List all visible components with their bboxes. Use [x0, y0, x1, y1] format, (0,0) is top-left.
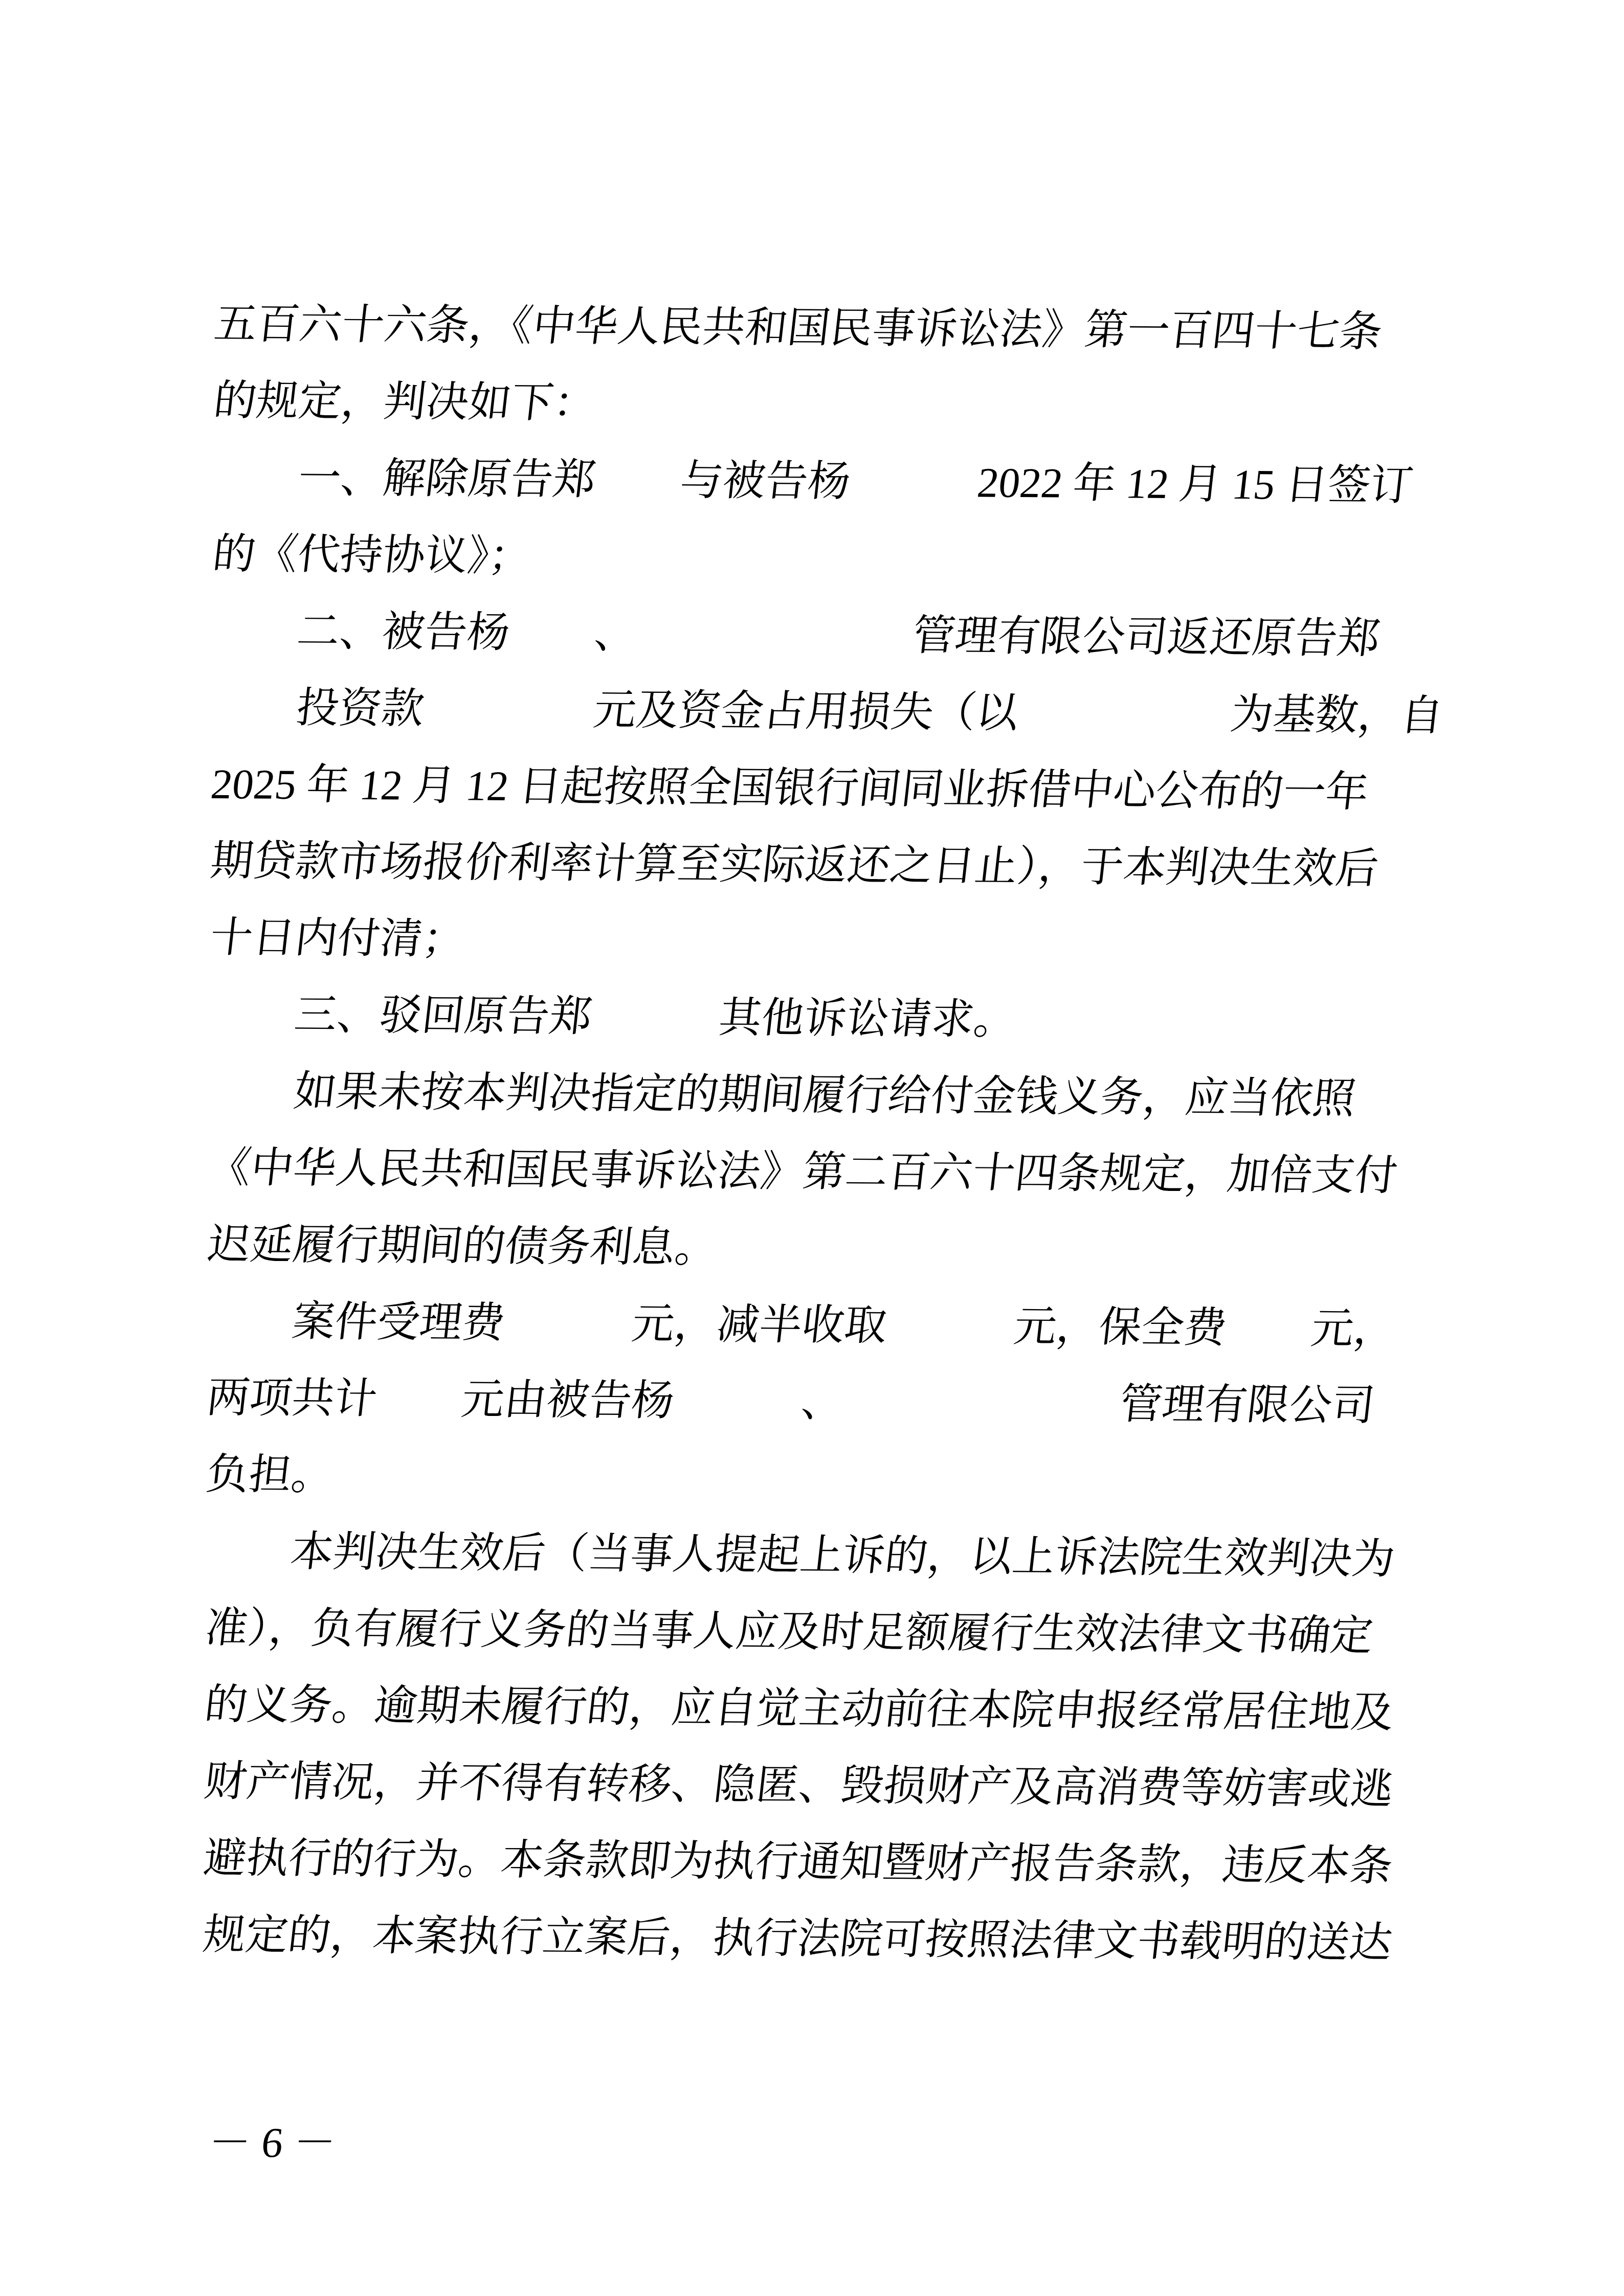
text-line: 两项共计 元由被告杨 、 管理有限公司 [203, 1359, 1418, 1444]
text-line: 避执行的行为。本条款即为执行通知暨财产报告条款，违反本条 [199, 1819, 1415, 1904]
text-line: 投资款 元及资金占用损失（以 为基数，自 [208, 669, 1423, 754]
text-line: 十日内付清； [206, 899, 1422, 984]
text-line: 规定的，本案执行立案后，执行法院可按照法律文书载明的送达 [199, 1896, 1415, 1981]
text-line: 准），负有履行义务的当事人应及时足额履行生效法律文书确定 [201, 1589, 1417, 1674]
text-line: 如果未按本判决指定的期间履行给付金钱义务，应当依照 [205, 1052, 1421, 1137]
text-line: 《中华人民共和国民事诉讼法》第二百六十四条规定，加倍支付 [205, 1129, 1420, 1214]
judgment-document-page: 五百六十六条，《中华人民共和国民事诉讼法》第一百四十七条 的规定，判决如下： 一… [0, 0, 1624, 2296]
text-line: 本判决生效后（当事人提起上诉的，以上诉法院生效判决为 [202, 1513, 1417, 1597]
text-line: 财产情况，并不得有转移、隐匿、毁损财产及高消费等妨害或逃 [200, 1743, 1416, 1828]
text-line-judgment-item-3: 三、驳回原告郑 其他诉讼请求。 [206, 976, 1421, 1061]
text-line: 的规定，判决如下： [210, 362, 1426, 447]
text-line-judgment-item-1: 一、解除原告郑 与被告杨 2022 年 12 月 15 日签订 [209, 439, 1425, 524]
text-line: 期贷款市场报价利率计算至实际返还之日止），于本判决生效后 [207, 822, 1422, 907]
page-number: － 6 － [206, 2119, 339, 2167]
text-line: 迟延履行期间的债务利息。 [204, 1206, 1420, 1291]
text-line-judgment-item-2: 二、被告杨 、 管理有限公司返还原告郑 [208, 592, 1424, 677]
text-line-court-fees: 案件受理费 元，减半收取 元，保全费 元， [203, 1282, 1419, 1367]
text-line: 负担。 [202, 1436, 1418, 1521]
text-line: 2025 年 12 月 12 日起按照全国银行间同业拆借中心公布的一年 [207, 746, 1423, 830]
judgment-body-text: 五百六十六条，《中华人民共和国民事诉讼法》第一百四十七条 的规定，判决如下： 一… [203, 285, 1422, 1981]
text-line: 的《代持协议》； [209, 515, 1425, 600]
text-line: 五百六十六条，《中华人民共和国民事诉讼法》第一百四十七条 [210, 285, 1426, 370]
text-line: 的义务。逾期未履行的，应自觉主动前往本院申报经常居住地及 [201, 1666, 1416, 1751]
